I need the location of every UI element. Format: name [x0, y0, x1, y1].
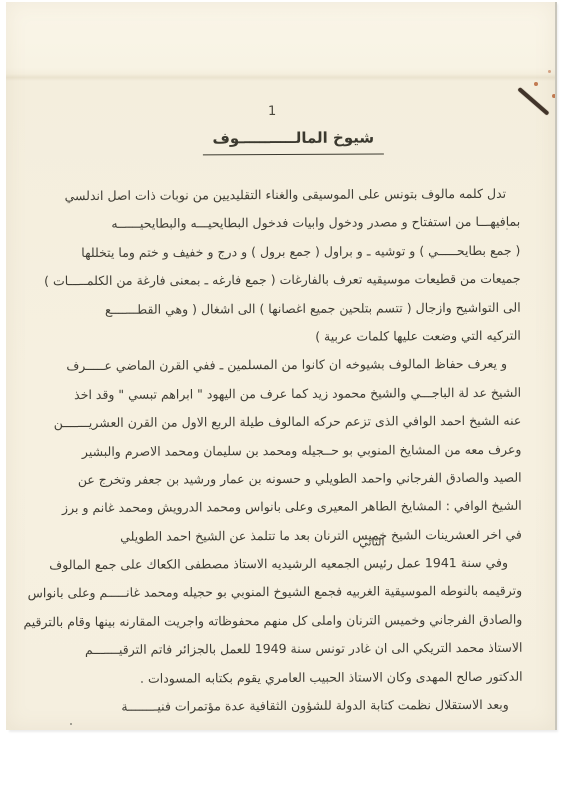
- title-row: شيوخ المالـــــــــــوف: [6, 127, 554, 157]
- text-line: والصادق الفرجاني وخميس الترنان واملى كل …: [35, 606, 522, 637]
- text-line: في اخر العشرينات الشيخ خميس الترنان بعد …: [35, 520, 522, 551]
- text-line: و يعرف حفاظ المالوف بشيوخه ان كانوا من ا…: [34, 350, 521, 381]
- text-line: تدل كلمه مالوف بتونس على الموسيقى والغنا…: [33, 180, 520, 211]
- page-number: 1: [6, 103, 540, 121]
- text-line: الدكتور صالح المهدى وكان الاستاذ الحبيب …: [36, 662, 523, 693]
- text-line: وبعد الاستقلال نظمت كتابة الدولة للشؤون …: [36, 691, 523, 722]
- text-line: ( جمع بطايحـــــي ) و توشيه ـ و براول ( …: [33, 237, 520, 268]
- text-line: التركيه التي وضعت عليها كلمات عربية ): [34, 322, 521, 353]
- text-line: الى التواشيح وازجال ( تتسم بتلحين جميع ا…: [34, 293, 521, 324]
- text-line: وترقيمه بالنوطه الموسيقية الغربيه فجمع ا…: [35, 577, 522, 608]
- text-line: الشيخ الوافي : المشايخ الطاهر المعيرى وع…: [35, 492, 522, 523]
- text-line: الاستاذ محمد التريكي الى ان غادر تونس سن…: [35, 634, 522, 665]
- document-body: تدل كلمه مالوف بتونس على الموسيقى والغنا…: [33, 180, 523, 722]
- text-line: الشيخ عد لة الباجـــي والشيخ محمود زيد ك…: [34, 378, 521, 409]
- text-line: وفي سنة 1941 عمل رئيس الجمعيه الرشيديه ا…: [35, 549, 522, 580]
- text-line: بمافيهـــا من استفتاح و مصدر ودخول وابيا…: [33, 208, 520, 239]
- text-line: وعرف معه من المشايخ المنوبي بو حــجيله و…: [34, 435, 521, 466]
- text-line: عنه الشيخ احمد الوافي الذى تزعم حركه الم…: [34, 407, 521, 438]
- paper-sheet: 1 شيوخ المالـــــــــــوف الثاني تدل كلم…: [6, 2, 555, 730]
- text-line: جميعات من قطيعات موسيقيه تعرف بالفارغات …: [33, 265, 520, 296]
- text-line: الصيد والصادق الفرجاني واحمد الطويلي و ح…: [35, 464, 522, 495]
- document-title: شيوخ المالـــــــــــوف: [202, 128, 384, 155]
- page-content: 1 شيوخ المالـــــــــــوف الثاني تدل كلم…: [6, 2, 555, 730]
